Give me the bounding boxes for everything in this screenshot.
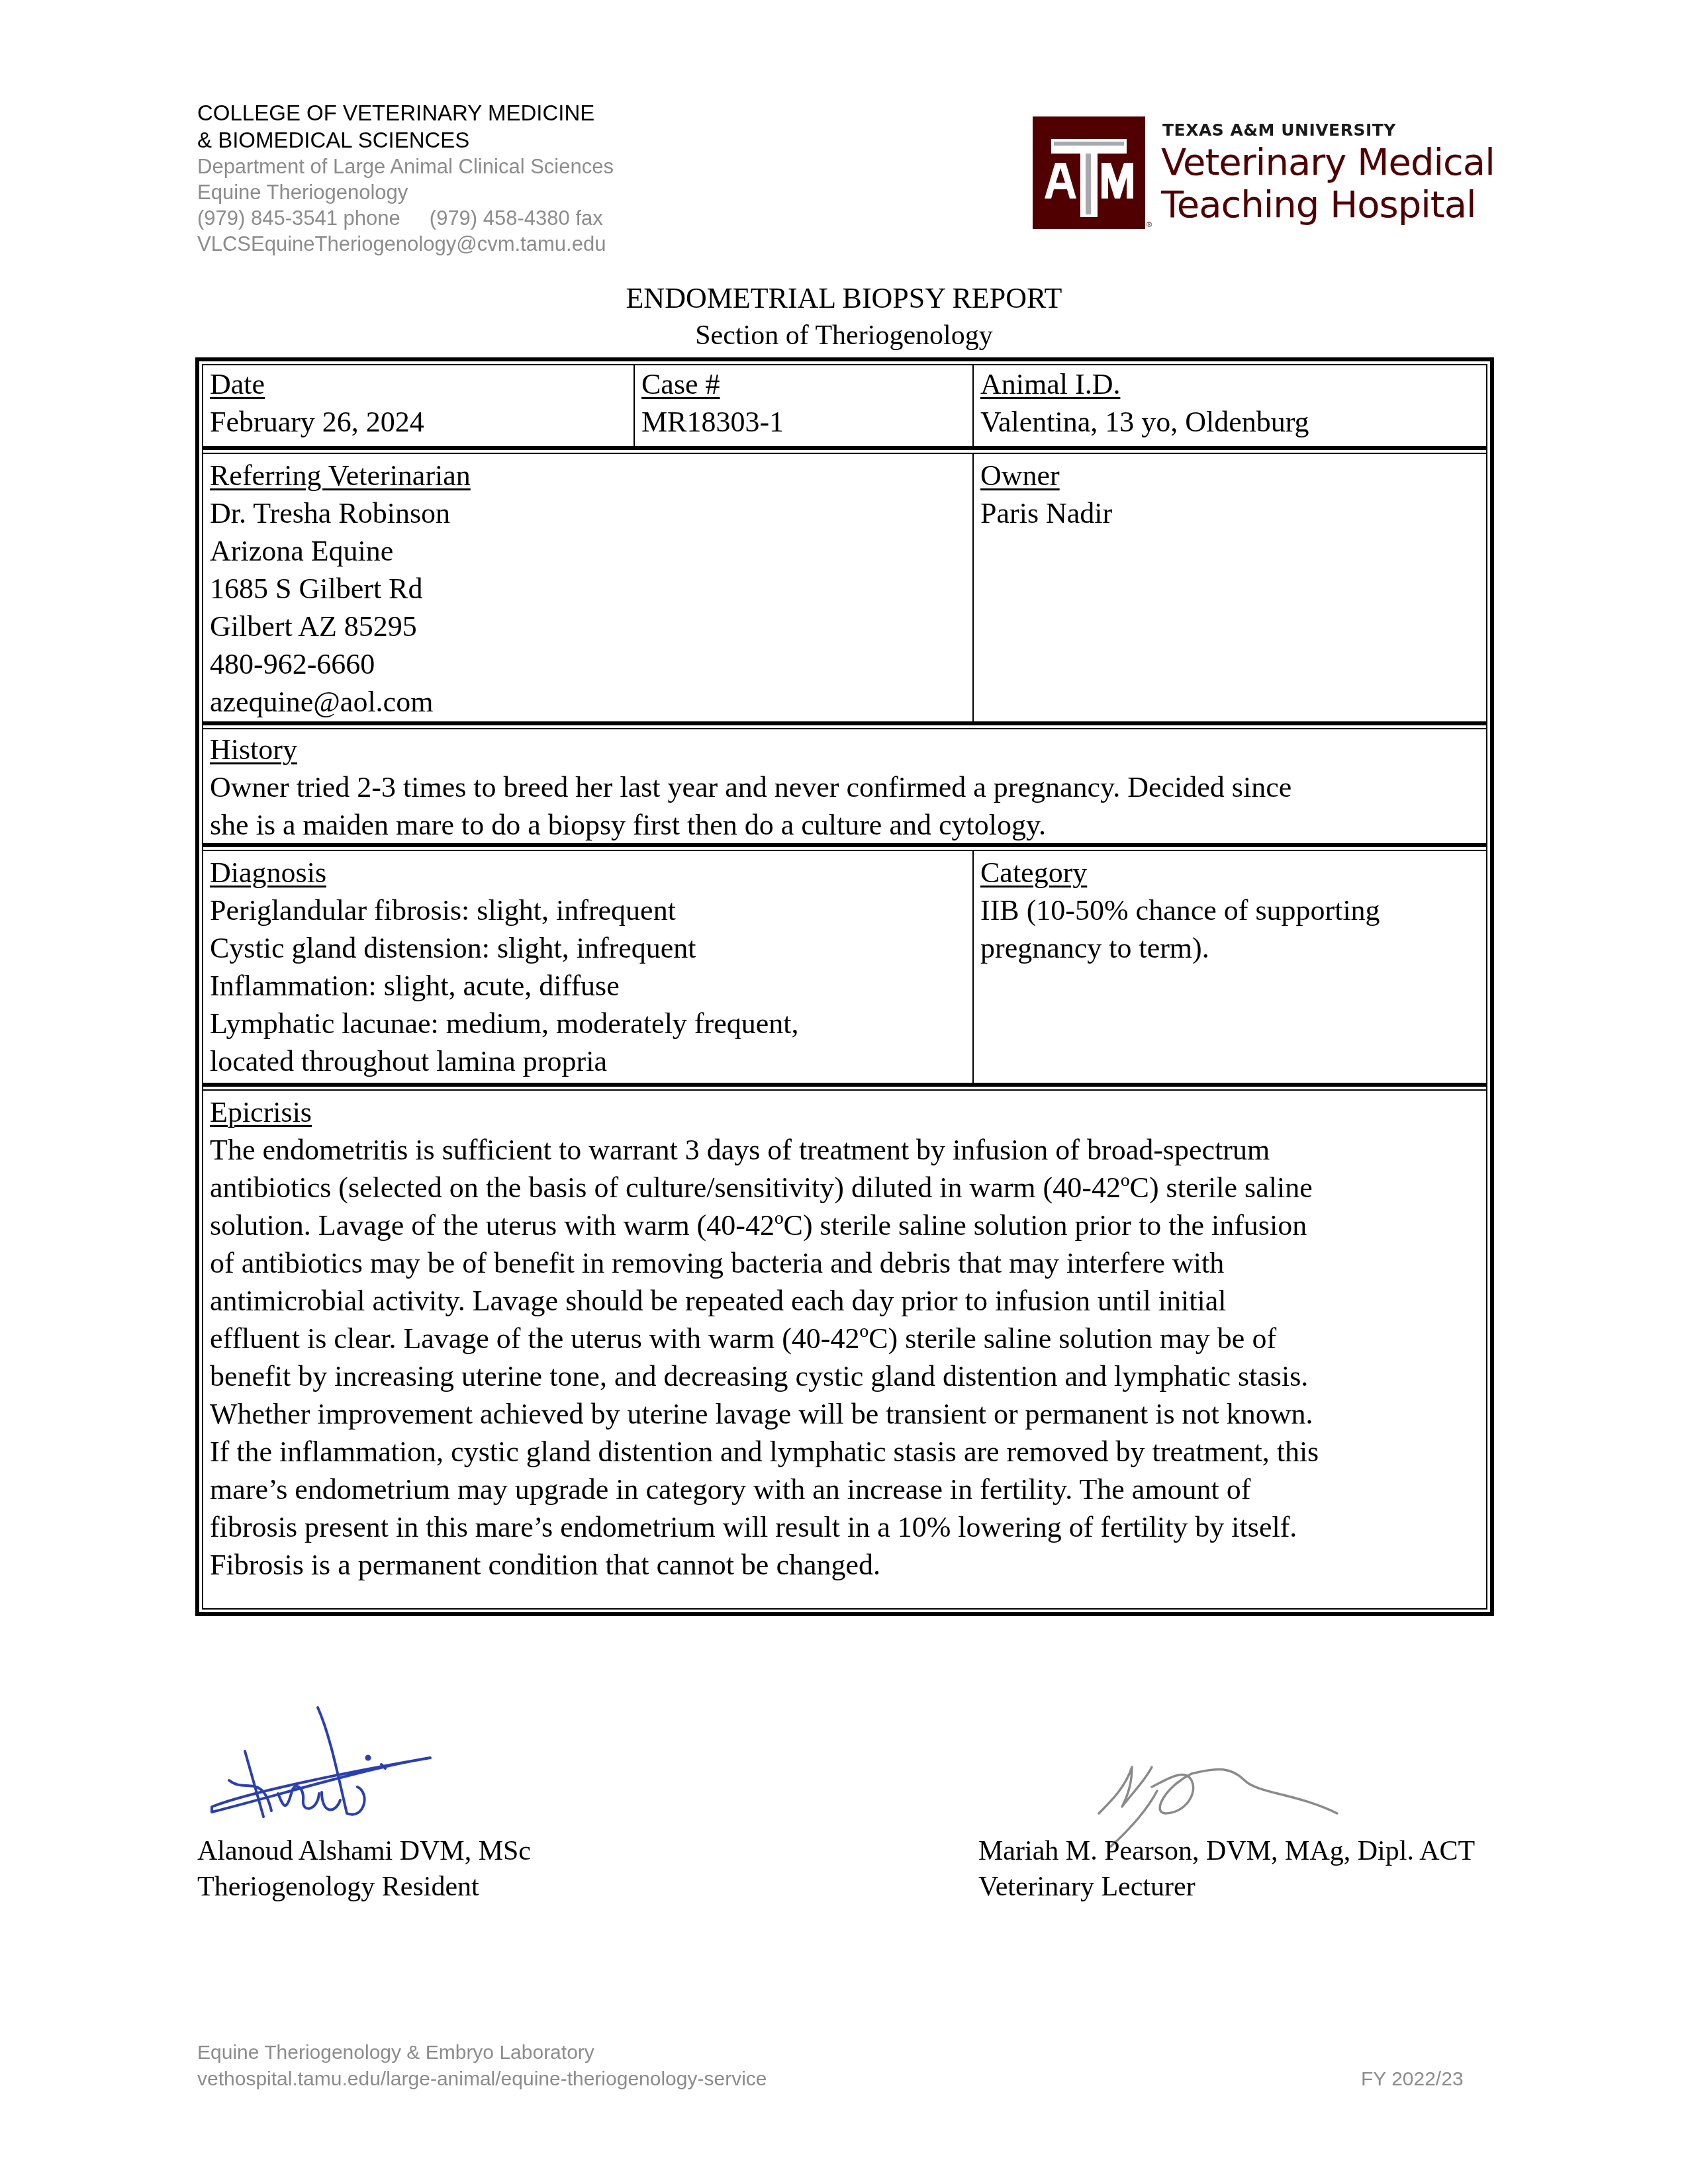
department-name: Department of Large Animal Clinical Scie… — [197, 154, 614, 179]
fax-number: (979) 458-4380 fax — [430, 205, 603, 231]
contact-phone-fax: (979) 845-3541 phone(979) 458-4380 fax — [197, 205, 614, 231]
case-value: MR18303-1 — [641, 403, 972, 441]
category-line: pregnancy to term). — [980, 929, 1490, 967]
category-cell: Category IIB (10-50% chance of supportin… — [974, 854, 1490, 967]
tamu-vmth-logo: ® TEXAS A&M UNIVERSITY Veterinary Medica… — [1033, 116, 1496, 233]
diagnosis-label: Diagnosis — [210, 854, 972, 891]
college-name-line2: & BIOMEDICAL SCIENCES — [197, 126, 614, 154]
signatory-title: Veterinary Lecturer — [978, 1869, 1475, 1905]
epicrisis-line: fibrosis present in this mare’s endometr… — [210, 1508, 1491, 1546]
epicrisis-line: antimicrobial activity. Lavage should be… — [210, 1282, 1491, 1320]
category-line: IIB (10-50% chance of supporting — [980, 891, 1490, 929]
report-subtitle: Section of Theriogenology — [0, 320, 1688, 351]
date-label: Date — [210, 365, 633, 403]
section-rule — [203, 843, 1486, 847]
epicrisis-line: If the inflammation, cystic gland disten… — [210, 1433, 1491, 1471]
date-cell: Date February 26, 2024 — [203, 365, 633, 441]
referring-vet-line: 1685 S Gilbert Rd — [210, 570, 972, 608]
report-table: Date February 26, 2024 Case # MR18303-1 … — [195, 357, 1494, 1616]
owner-cell: Owner Paris Nadir — [974, 457, 1490, 532]
referring-vet-line: 480-962-6660 — [210, 645, 972, 683]
contact-email: VLCSEquineTheriogenology@cvm.tamu.edu — [197, 231, 614, 257]
report-title: ENDOMETRIAL BIOPSY REPORT — [0, 281, 1688, 315]
history-cell: History Owner tried 2-3 times to breed h… — [203, 731, 1491, 844]
atm-logo-icon — [1033, 116, 1145, 229]
epicrisis-line: benefit by increasing uterine tone, and … — [210, 1357, 1491, 1395]
footer-lab-name: Equine Theriogenology & Embryo Laborator… — [197, 2040, 767, 2066]
logo-title-line2: Teaching Hospital — [1161, 184, 1495, 226]
referring-vet-line: Arizona Equine — [210, 532, 972, 570]
section-rule — [203, 721, 1486, 725]
epicrisis-line: Whether improvement achieved by uterine … — [210, 1395, 1491, 1433]
section-rule — [203, 1089, 1486, 1091]
signatory-1: Alanoud Alshami DVM, MSc Theriogenology … — [197, 1833, 531, 1905]
case-cell: Case # MR18303-1 — [635, 365, 972, 441]
referring-vet-cell: Referring Veterinarian Dr. Tresha Robins… — [203, 457, 972, 721]
signatory-2: Mariah M. Pearson, DVM, MAg, Dipl. ACT V… — [978, 1833, 1475, 1905]
history-line: Owner tried 2-3 times to breed her last … — [210, 768, 1491, 806]
epicrisis-line: Fibrosis is a permanent condition that c… — [210, 1546, 1491, 1584]
epicrisis-line: effluent is clear. Lavage of the uterus … — [210, 1320, 1491, 1357]
referring-vet-line: Gilbert AZ 85295 — [210, 608, 972, 645]
referring-vet-email: azequine@aol.com — [210, 683, 972, 721]
diagnosis-line: located throughout lamina propria — [210, 1042, 972, 1080]
date-value: February 26, 2024 — [210, 403, 633, 441]
section-rule — [203, 1083, 1486, 1087]
animal-id-value: Valentina, 13 yo, Oldenburg — [980, 403, 1490, 441]
history-label: History — [210, 731, 1491, 768]
footer-left: Equine Theriogenology & Embryo Laborator… — [197, 2040, 767, 2093]
footer-url[interactable]: vethospital.tamu.edu/large-animal/equine… — [197, 2066, 767, 2093]
college-header: COLLEGE OF VETERINARY MEDICINE & BIOMEDI… — [197, 99, 614, 257]
section-name: Equine Theriogenology — [197, 179, 614, 205]
section-rule — [203, 728, 1486, 729]
referring-vet-label: Referring Veterinarian — [210, 457, 972, 494]
referring-vet-line: Dr. Tresha Robinson — [210, 494, 972, 532]
footer-fiscal-year: FY 2022/23 — [1361, 2066, 1464, 2093]
signature-alshami-icon — [205, 1694, 523, 1846]
registered-mark-icon: ® — [1147, 221, 1152, 229]
logo-university: TEXAS A&M UNIVERSITY — [1162, 120, 1396, 140]
signatory-name: Alanoud Alshami DVM, MSc — [197, 1833, 531, 1869]
diagnosis-line: Inflammation: slight, acute, diffuse — [210, 967, 972, 1005]
phone-number: (979) 845-3541 phone — [197, 205, 400, 231]
section-rule — [203, 446, 1486, 450]
epicrisis-label: Epicrisis — [210, 1093, 1491, 1131]
case-label: Case # — [641, 365, 972, 403]
section-rule — [203, 850, 1486, 851]
report-table-inner: Date February 26, 2024 Case # MR18303-1 … — [202, 364, 1487, 1610]
logo-title-line1: Veterinary Medical — [1161, 142, 1495, 184]
diagnosis-line: Lymphatic lacunae: medium, moderately fr… — [210, 1005, 972, 1042]
owner-label: Owner — [980, 457, 1490, 494]
diagnosis-line: Cystic gland distension: slight, infrequ… — [210, 929, 972, 967]
epicrisis-line: The endometritis is sufficient to warran… — [210, 1131, 1491, 1169]
signatory-title: Theriogenology Resident — [197, 1869, 531, 1905]
epicrisis-line: antibiotics (selected on the basis of cu… — [210, 1169, 1491, 1206]
history-line: she is a maiden mare to do a biopsy firs… — [210, 806, 1491, 844]
college-name-line1: COLLEGE OF VETERINARY MEDICINE — [197, 99, 614, 126]
diagnosis-cell: Diagnosis Periglandular fibrosis: slight… — [203, 854, 972, 1080]
section-rule — [203, 453, 1486, 454]
signatory-name: Mariah M. Pearson, DVM, MAg, Dipl. ACT — [978, 1833, 1475, 1869]
owner-value: Paris Nadir — [980, 494, 1490, 532]
epicrisis-cell: Epicrisis The endometritis is sufficient… — [203, 1093, 1491, 1584]
epicrisis-line: solution. Lavage of the uterus with warm… — [210, 1206, 1491, 1244]
diagnosis-line: Periglandular fibrosis: slight, infreque… — [210, 891, 972, 929]
animal-id-label: Animal I.D. — [980, 365, 1490, 403]
category-label: Category — [980, 854, 1490, 891]
animal-id-cell: Animal I.D. Valentina, 13 yo, Oldenburg — [974, 365, 1490, 441]
epicrisis-line: mare’s endometrium may upgrade in catego… — [210, 1471, 1491, 1508]
logo-hospital-name: Veterinary Medical Teaching Hospital — [1161, 142, 1495, 226]
epicrisis-line: of antibiotics may be of benefit in remo… — [210, 1244, 1491, 1282]
